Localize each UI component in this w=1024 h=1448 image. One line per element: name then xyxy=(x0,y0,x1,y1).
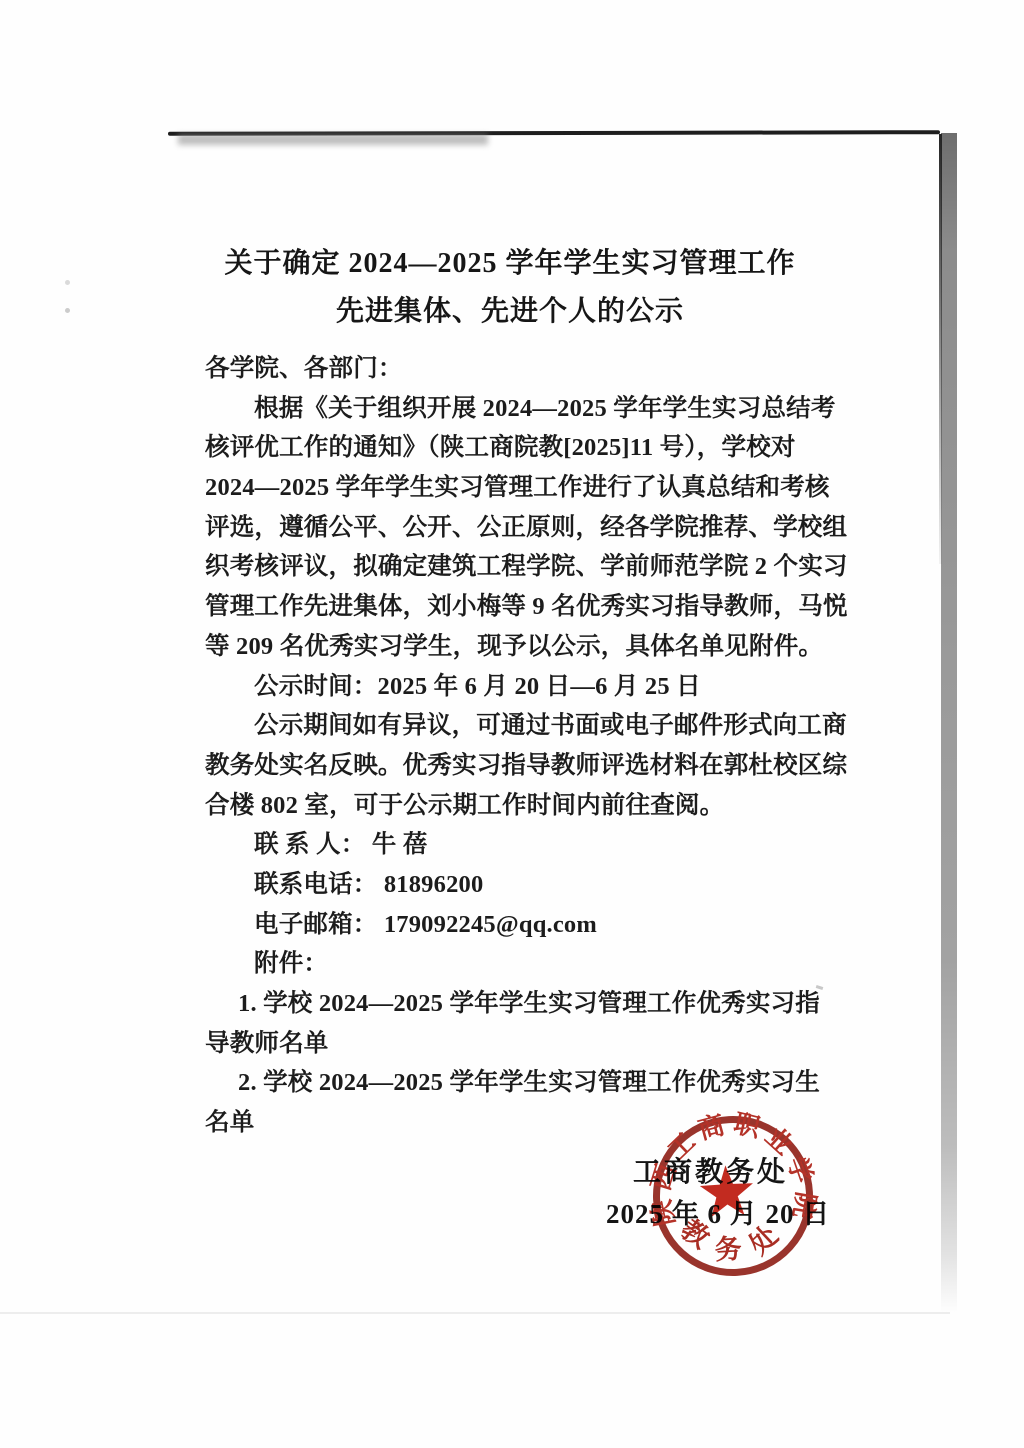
body-line: 根据《关于组织开展 2024—2025 学年学生实习总结考 xyxy=(205,389,853,429)
body-line: 各学院、各部门： xyxy=(205,349,853,389)
document-title: 关于确定 2024—2025 学年学生实习管理工作 先进集体、先进个人的公示 xyxy=(183,240,837,336)
body-line: 教务处实名反映。优秀实习指导教师评选材料在郭杜校区综 xyxy=(205,746,853,786)
scan-bottom-faint-line xyxy=(0,1312,950,1314)
scan-dot-artifact xyxy=(65,280,70,285)
body-line: 公示时间：2025 年 6 月 20 日—6 月 25 日 xyxy=(205,667,853,707)
seal-star-icon xyxy=(699,1164,755,1217)
body-line: 等 209 名优秀实习学生，现予以公示，具体名单见附件。 xyxy=(205,627,853,667)
attachment-item-1-cont: 导教师名单 xyxy=(205,1024,853,1064)
document-body: 各学院、各部门： 根据《关于组织开展 2024—2025 学年学生实习总结考 核… xyxy=(205,349,853,1143)
official-seal: 陕西工商职业学院 教务处 xyxy=(633,1096,833,1296)
body-line: 公示期间如有异议，可通过书面或电子邮件形式向工商 xyxy=(205,706,853,746)
body-line: 管理工作先进集体，刘小梅等 9 名优秀实习指导教师，马悦 xyxy=(205,587,853,627)
attachments-label: 附件： xyxy=(205,944,853,984)
scan-dot-artifact xyxy=(65,308,70,313)
body-line: 核评优工作的通知》（陕工商院教[2025]11 号），学校对 xyxy=(205,428,853,468)
title-line-1: 关于确定 2024—2025 学年学生实习管理工作 xyxy=(183,240,837,288)
body-line: 2024—2025 学年学生实习管理工作进行了认真总结和考核 xyxy=(205,468,853,508)
contact-person-line: 联 系 人： 牛 蓓 xyxy=(205,825,853,865)
title-line-2: 先进集体、先进个人的公示 xyxy=(183,288,837,336)
body-line: 织考核评议，拟确定建筑工程学院、学前师范学院 2 个实习 xyxy=(205,547,853,587)
scan-top-edge-smudge xyxy=(178,134,488,145)
body-line: 评选，遵循公平、公开、公正原则，经各学院推荐、学校组 xyxy=(205,508,853,548)
contact-email-line: 电子邮箱： 179092245@qq.com xyxy=(205,905,853,945)
scanned-document-page: 关于确定 2024—2025 学年学生实习管理工作 先进集体、先进个人的公示 各… xyxy=(0,0,1024,1448)
contact-phone-line: 联系电话： 81896200 xyxy=(205,865,853,905)
attachment-item-2: 2. 学校 2024—2025 学年学生实习管理工作优秀实习生 xyxy=(205,1063,853,1103)
scan-right-edge-darkline xyxy=(939,134,942,564)
body-line: 合楼 802 室，可于公示期工作时间内前往查阅。 xyxy=(205,786,853,826)
attachment-item-1: 1. 学校 2024—2025 学年学生实习管理工作优秀实习指 xyxy=(205,984,853,1024)
scan-right-edge-shadow xyxy=(941,133,957,1313)
